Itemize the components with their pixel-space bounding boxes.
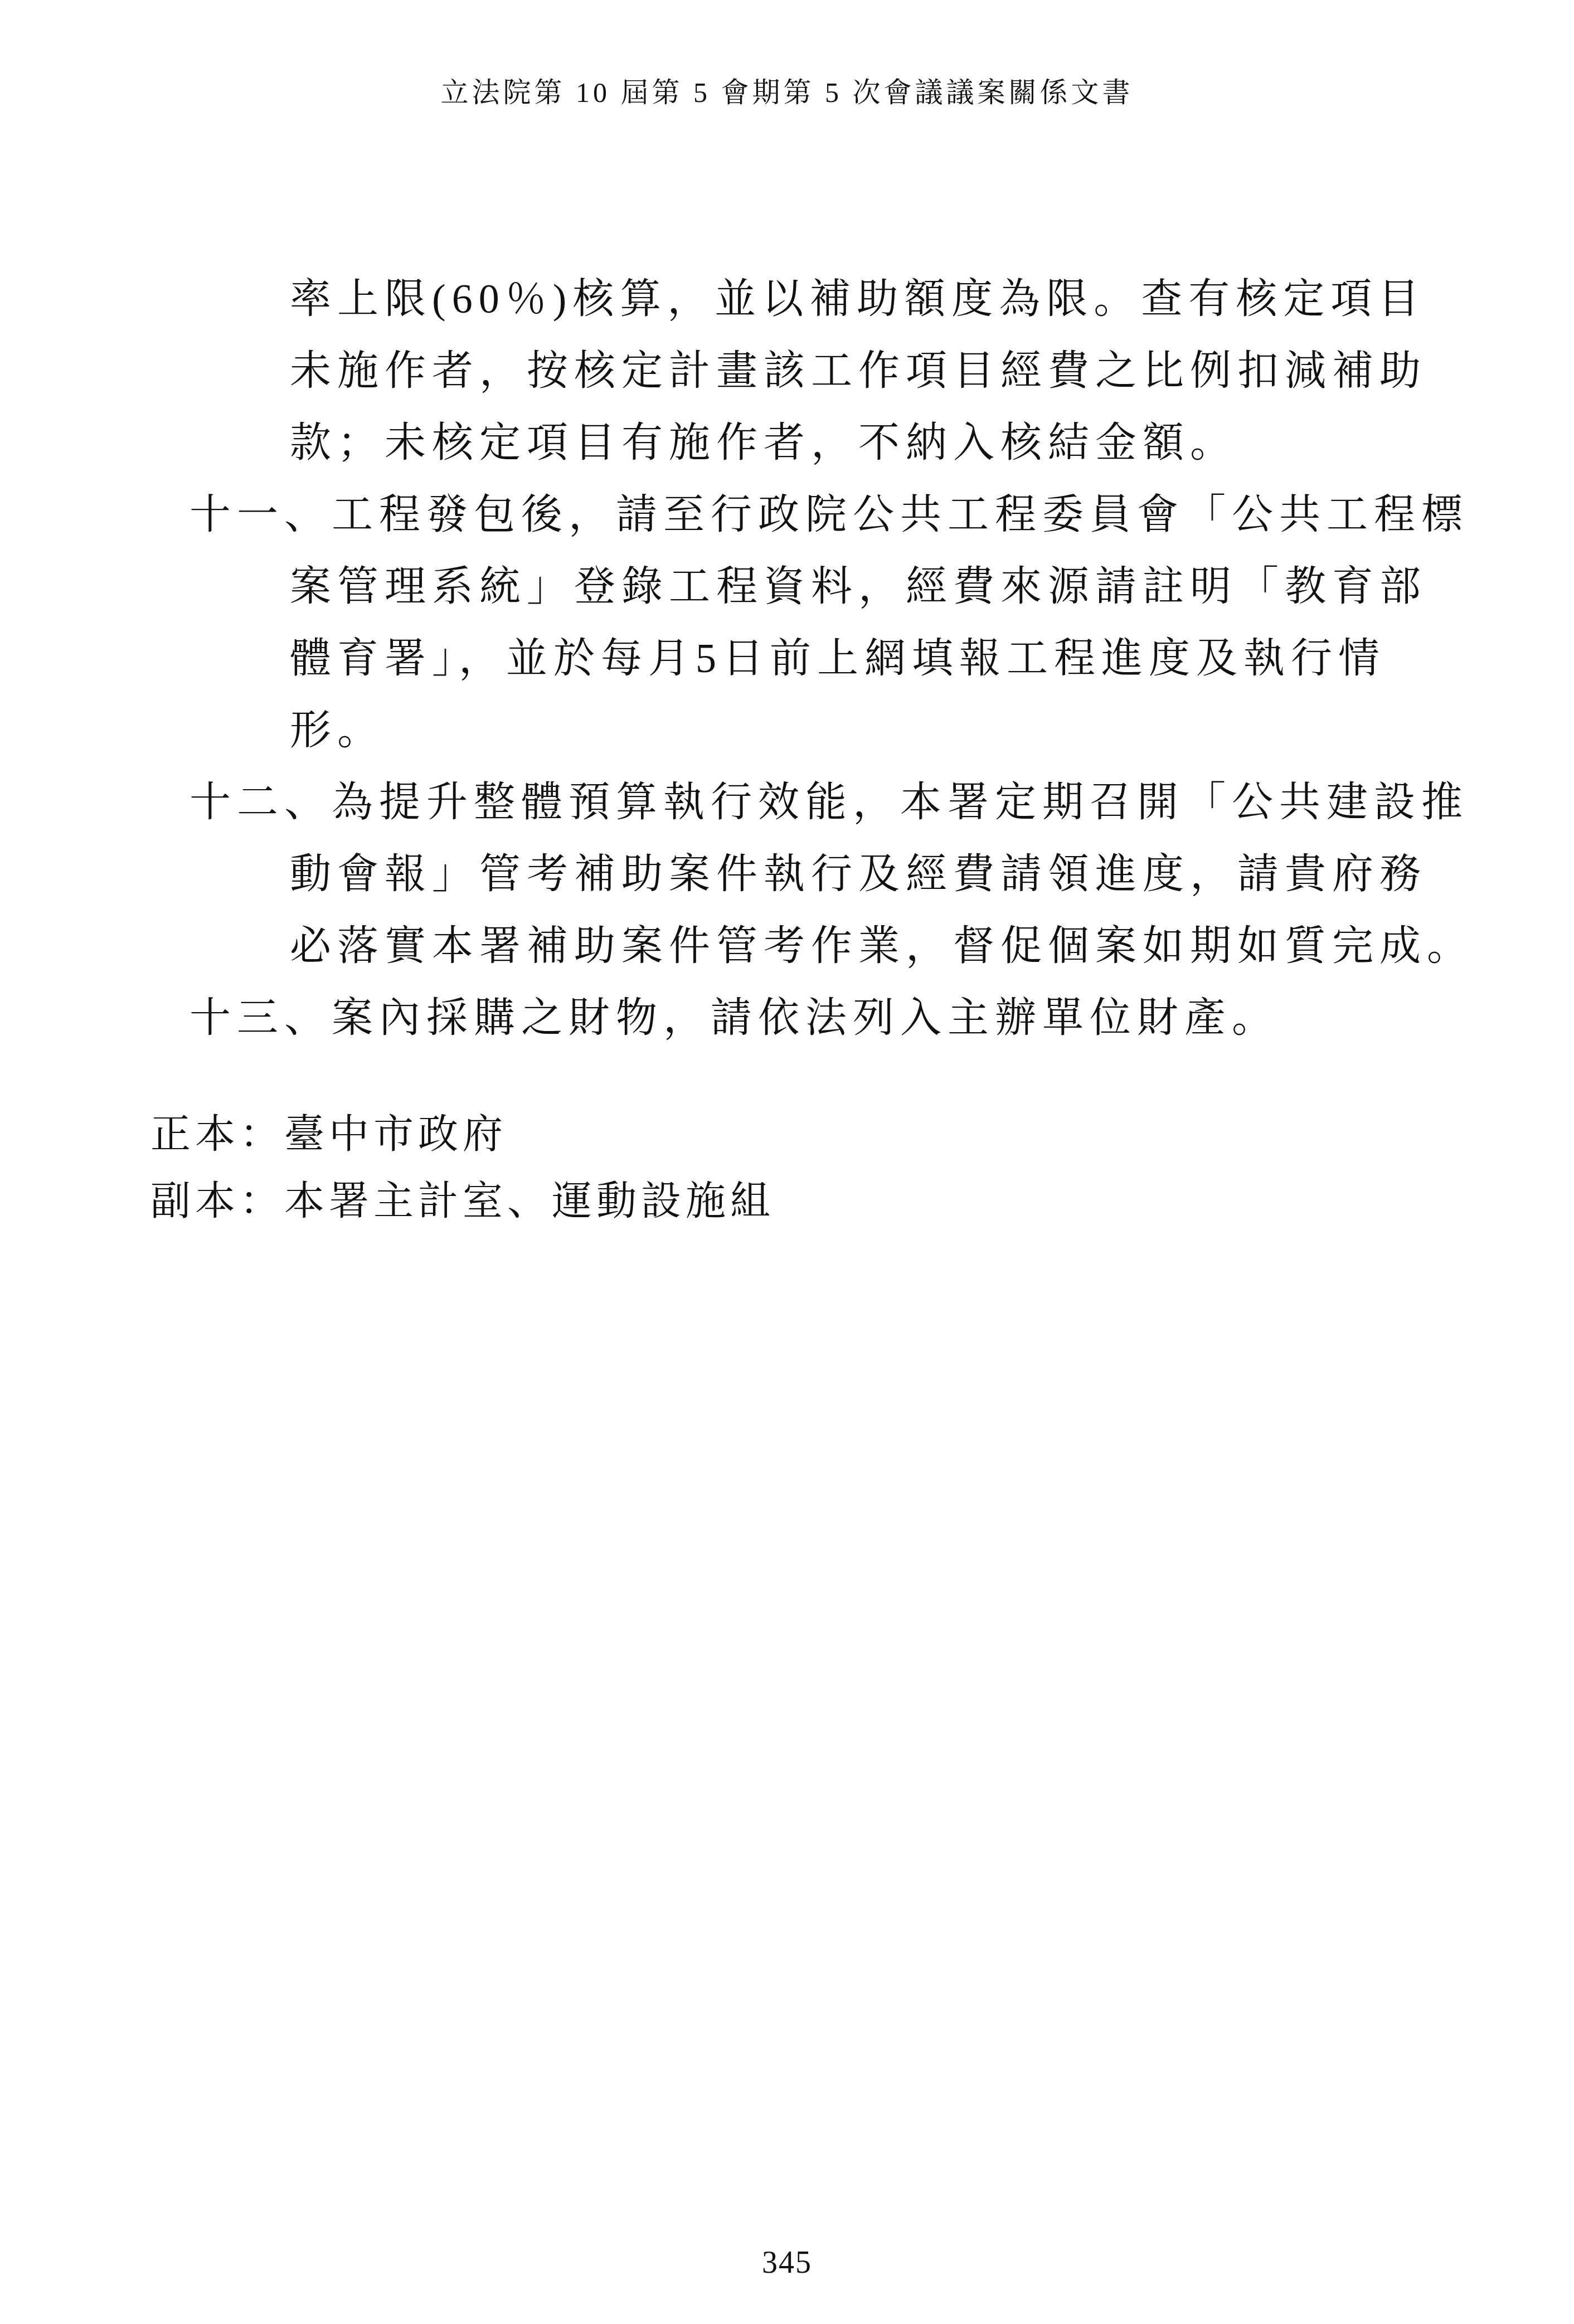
body-line: 動會報」管考補助案件執行及經費請領進度，請貴府務	[150, 839, 1432, 911]
recipient-copy: 副本：本署主計室、運動設施組	[150, 1168, 775, 1234]
page-number: 345	[0, 2245, 1574, 2281]
body-line: 未施作者，按核定計畫該工作項目經費之比例扣減補助	[150, 336, 1432, 407]
document-body: 率上限(60％)核算，並以補助額度為限。查有核定項目 未施作者，按核定計畫該工作…	[150, 264, 1432, 1054]
body-line: 體育署」，並於每月5日前上網填報工程進度及執行情	[150, 623, 1432, 695]
body-line-item-13: 十三、案內採購之財物，請依法列入主辦單位財產。	[150, 983, 1432, 1054]
body-line: 款；未核定項目有施作者，不納入核結金額。	[150, 407, 1432, 479]
body-line: 案管理系統」登錄工程資料，經費來源請註明「教育部	[150, 551, 1432, 623]
document-page: 立法院第 10 屆第 5 會期第 5 次會議議案關係文書 率上限(60％)核算，…	[0, 0, 1574, 2324]
body-line: 形。	[150, 695, 1432, 767]
document-header-title: 立法院第 10 屆第 5 會期第 5 次會議議案關係文書	[0, 77, 1574, 108]
recipients-block: 正本：臺中市政府 副本：本署主計室、運動設施組	[150, 1101, 775, 1234]
body-line: 率上限(60％)核算，並以補助額度為限。查有核定項目	[150, 264, 1432, 336]
body-line: 必落實本署補助案件管考作業，督促個案如期如質完成。	[150, 911, 1432, 983]
recipient-original: 正本：臺中市政府	[150, 1101, 775, 1168]
body-line-item-12: 十二、為提升整體預算執行效能，本署定期召開「公共建設推	[150, 767, 1432, 839]
body-line-item-11: 十一、工程發包後，請至行政院公共工程委員會「公共工程標	[150, 479, 1432, 551]
